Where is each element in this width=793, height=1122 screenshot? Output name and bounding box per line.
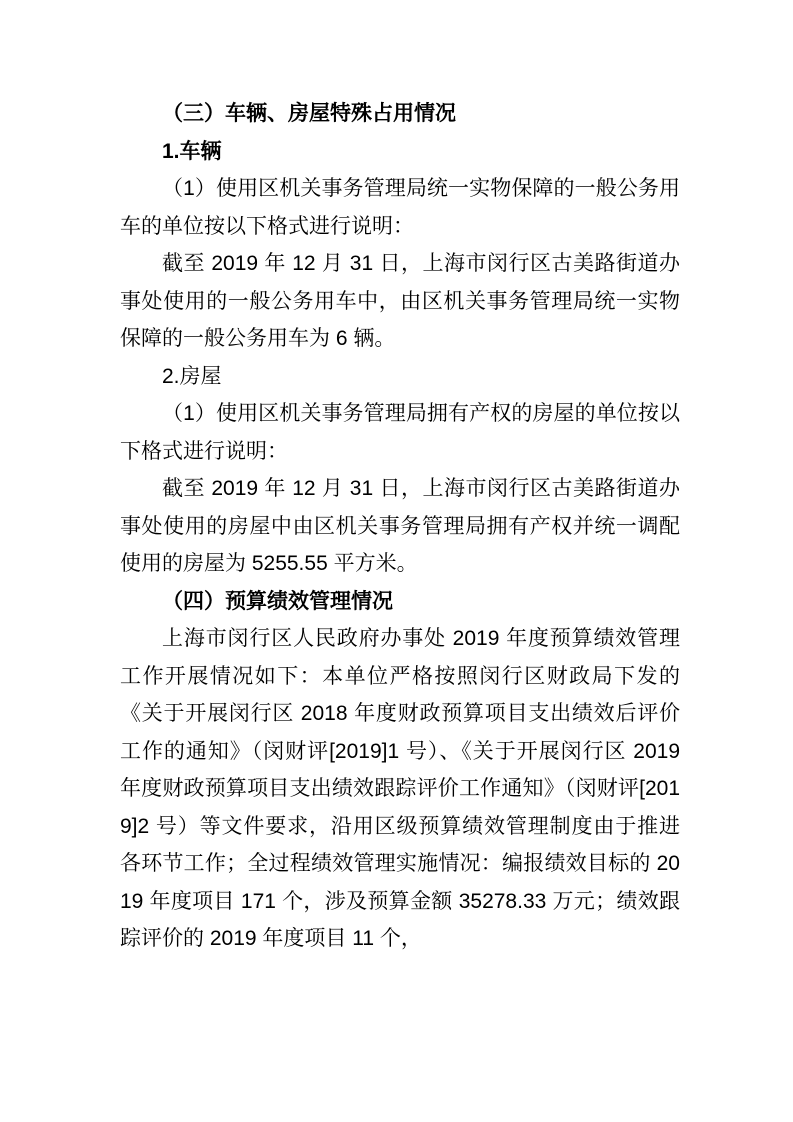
paragraph-housing-format: （1）使用区机关事务管理局拥有产权的房屋的单位按以下格式进行说明： xyxy=(120,395,680,470)
subsection-title-vehicles: 1.车辆 xyxy=(120,133,680,171)
section-heading-budget-performance: （四）预算绩效管理情况 xyxy=(120,583,680,621)
paragraph-vehicles-format: （1）使用区机关事务管理局统一实物保障的一般公务用车的单位按以下格式进行说明： xyxy=(120,170,680,245)
paragraph-budget-performance: 上海市闵行区人民政府办事处 2019 年度预算绩效管理工作开展情况如下：本单位严… xyxy=(120,620,680,958)
paragraph-vehicles-count: 截至 2019 年 12 月 31 日，上海市闵行区古美路街道办事处使用的一般公… xyxy=(120,245,680,358)
subsection-title-housing: 2.房屋 xyxy=(120,358,680,396)
section-heading-vehicles-housing: （三）车辆、房屋特殊占用情况 xyxy=(120,95,680,133)
document-page: （三）车辆、房屋特殊占用情况 1.车辆 （1）使用区机关事务管理局统一实物保障的… xyxy=(0,0,793,1122)
paragraph-housing-area: 截至 2019 年 12 月 31 日，上海市闵行区古美路街道办事处使用的房屋中… xyxy=(120,470,680,583)
